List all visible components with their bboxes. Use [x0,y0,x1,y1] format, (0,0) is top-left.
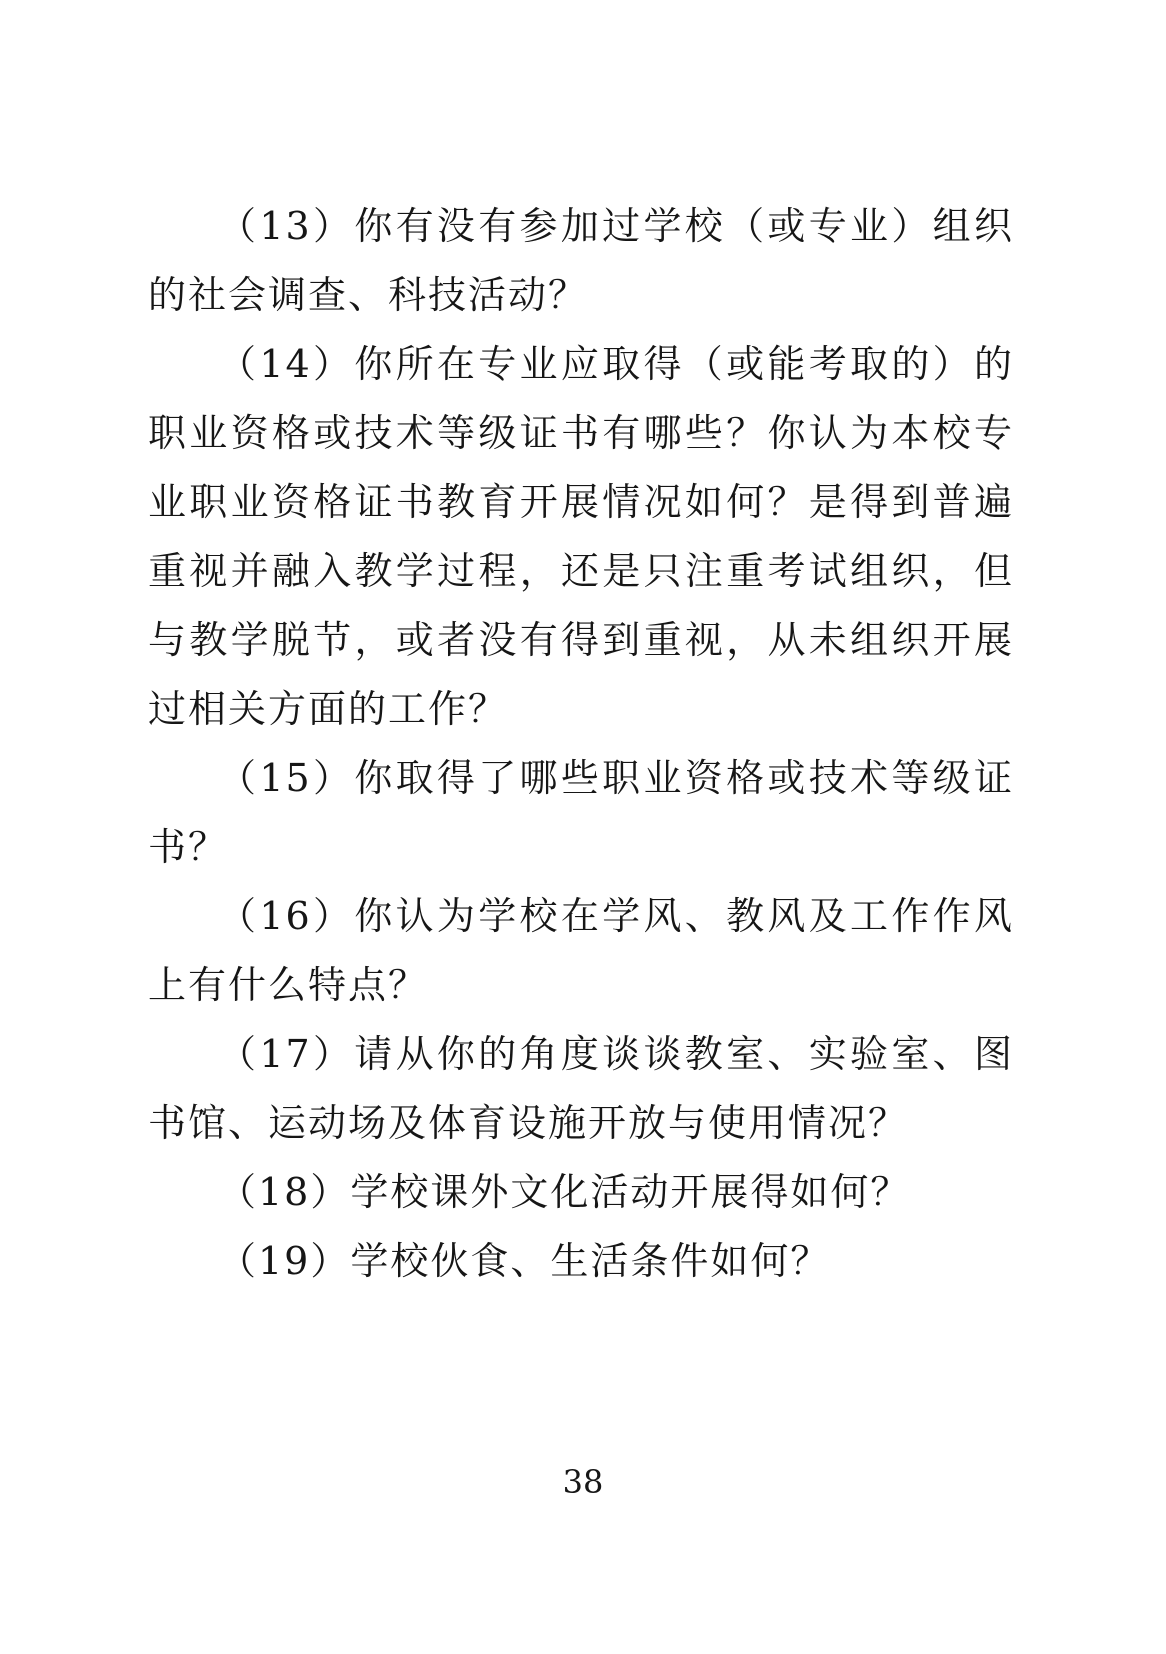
question-18: （18）学校课外文化活动开展得如何？ [148,1158,1014,1227]
question-14: （14）你所在专业应取得（或能考取的）的职业资格或技术等级证书有哪些？你认为本校… [148,330,1014,744]
question-19: （19）学校伙食、生活条件如何？ [148,1227,1014,1296]
page-number: 38 [0,1462,1166,1502]
question-16: （16）你认为学校在学风、教风及工作作风上有什么特点？ [148,882,1014,1020]
question-17: （17）请从你的角度谈谈教室、实验室、图书馆、运动场及体育设施开放与使用情况？ [148,1020,1014,1158]
question-15: （15）你取得了哪些职业资格或技术等级证书？ [148,744,1014,882]
document-body: （13）你有没有参加过学校（或专业）组织的社会调查、科技活动？ （14）你所在专… [148,192,1014,1296]
question-13: （13）你有没有参加过学校（或专业）组织的社会调查、科技活动？ [148,192,1014,330]
